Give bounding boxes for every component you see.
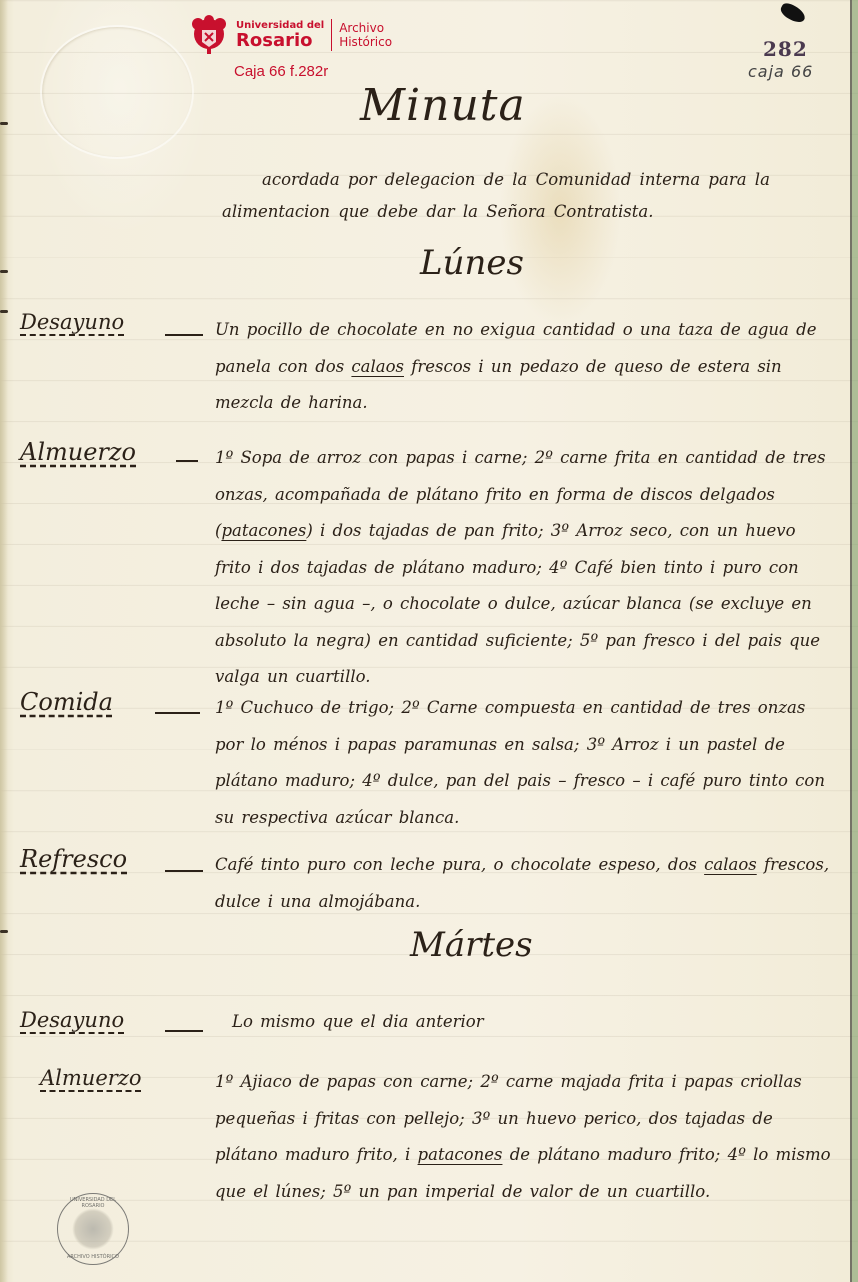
margin-mark (0, 310, 8, 313)
university-name-line2: Rosario (236, 31, 324, 51)
meal-label-desayuno: Desayuno (20, 1008, 124, 1032)
meal-text-desayuno: Un pocillo de chocolate en no exigua can… (215, 312, 835, 422)
page-left-edge (0, 0, 8, 1282)
meal-label-almuerzo: Almuerzo (20, 438, 136, 466)
page-right-margin-rule (850, 0, 852, 1282)
document-title: Minuta (360, 80, 526, 131)
margin-mark (0, 270, 8, 273)
meal-text-almuerzo: 1º Sopa de arroz con papas i carne; 2º c… (215, 440, 835, 696)
university-name-line1: Universidad del (236, 20, 324, 31)
university-name: Universidad del Rosario (236, 20, 324, 51)
margin-mark (0, 122, 8, 125)
margin-mark (0, 930, 8, 933)
day-heading-martes: Mártes (410, 925, 533, 965)
meal-text-almuerzo: 1º Ajiaco de papas con carne; 2º carne m… (215, 1064, 835, 1210)
folio-number: 282 (763, 37, 808, 61)
meal-label-desayuno: Desayuno (20, 310, 124, 334)
archive-name: Archivo Histórico (339, 21, 392, 49)
embossed-seal (40, 25, 194, 159)
meal-label-comida: Comida (20, 688, 113, 716)
archive-name-line2: Histórico (339, 35, 392, 49)
page-right-binding (852, 0, 858, 1282)
label-dash (165, 870, 203, 872)
document-intro: acordada por delegacion de la Comunidad … (222, 164, 842, 228)
pencil-box-note: caja 66 (748, 62, 813, 81)
meal-label-almuerzo: Almuerzo (40, 1066, 142, 1090)
stamp-crest-icon (72, 1208, 114, 1250)
day-heading-lunes: Lúnes (420, 243, 524, 283)
meal-text-refresco: Café tinto puro con leche pura, o chocol… (215, 847, 835, 920)
archive-stamp: UNIVERSIDAD DEL ROSARIO ARCHIVO HISTÓRIC… (57, 1193, 129, 1265)
manuscript-page: Universidad del Rosario Archivo Históric… (0, 0, 858, 1282)
label-dash (165, 1030, 203, 1032)
archive-name-line1: Archivo (339, 21, 392, 35)
archive-logo: Universidad del Rosario Archivo Históric… (188, 14, 392, 56)
meal-text-comida: 1º Cuchuco de trigo; 2º Carne compuesta … (215, 690, 835, 836)
box-folio-reference: Caja 66 f.282r (234, 63, 328, 80)
rosario-crest-icon (188, 14, 230, 56)
logo-divider (331, 19, 332, 51)
meal-label-refresco: Refresco (20, 845, 127, 873)
label-dash (155, 712, 200, 714)
meal-text-desayuno: Lo mismo que el dia anterior (232, 1004, 852, 1041)
label-dash (176, 460, 198, 462)
label-dash (165, 334, 203, 336)
stamp-bottom-text: ARCHIVO HISTÓRICO (58, 1254, 128, 1260)
